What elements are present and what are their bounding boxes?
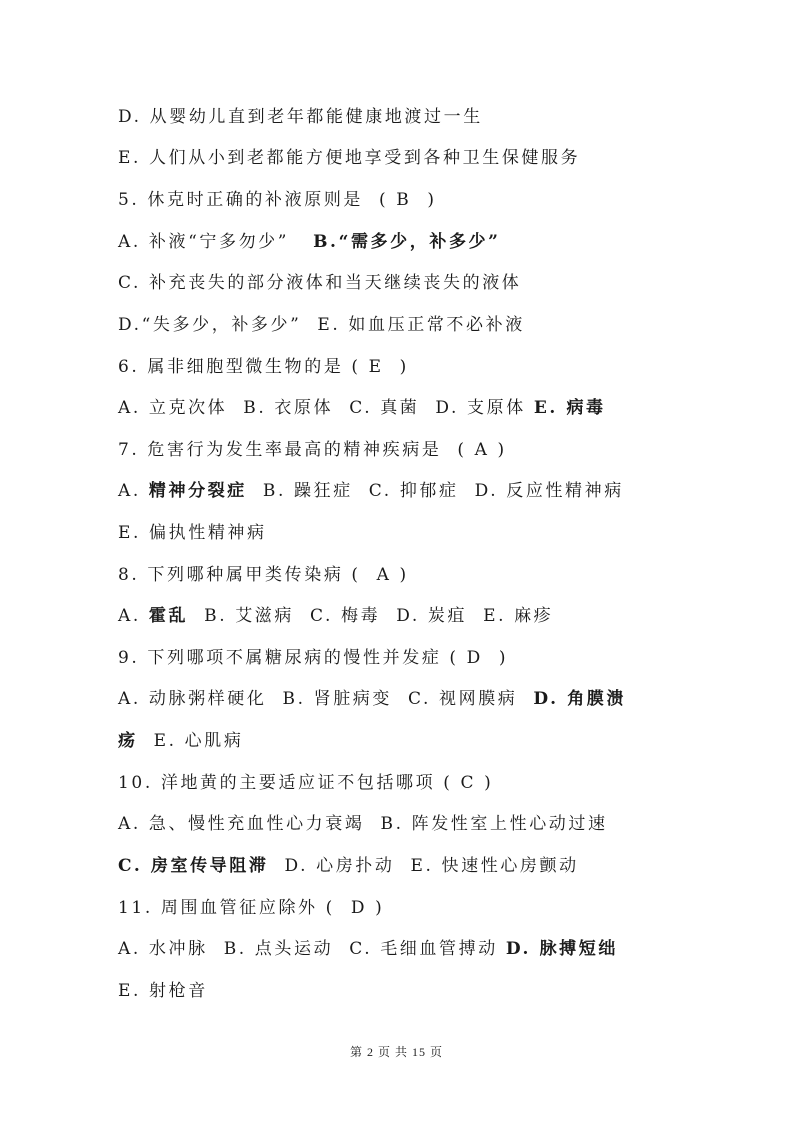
text-segment: A. (118, 606, 149, 626)
text-line: A. 动脉粥样硬化 B. 肾脏病变 C. 视网膜病 D. 角膜溃 (118, 687, 626, 711)
text-line: 8. 下列哪种属甲类传染病 ( A ) (118, 563, 409, 587)
answer-highlight: B.“需多少，补多少” (313, 232, 500, 252)
answer-highlight: 精神分裂症 (149, 481, 247, 501)
text-segment: 7. 危害行为发生率最高的精神疾病是 ( A ) (118, 440, 507, 460)
text-segment: 9. 下列哪项不属糖尿病的慢性并发症 ( D ) (118, 648, 508, 668)
text-line: 6. 属非细胞型微生物的是 ( E ) (118, 355, 409, 379)
text-segment: A. 急、慢性充血性心力衰竭 B. 阵发性室上性心动过速 (118, 814, 608, 834)
text-line: 9. 下列哪项不属糖尿病的慢性并发症 ( D ) (118, 646, 508, 670)
answer-highlight: E. 病毒 (534, 398, 606, 418)
text-line: A. 霍乱 B. 艾滋病 C. 梅毒 D. 炭疽 E. 麻疹 (118, 604, 553, 628)
text-segment: E. 射枪音 (118, 981, 208, 1001)
text-line: 疡 E. 心肌病 (118, 729, 243, 753)
answer-highlight: C. 房室传导阻滞 (118, 856, 268, 876)
text-line: E. 射枪音 (118, 979, 208, 1003)
text-line: A. 立克次体 B. 衣原体 C. 真菌 D. 支原体 E. 病毒 (118, 396, 606, 420)
page-footer: 第 2 页 共 15 页 (0, 1043, 793, 1060)
text-line: A. 精神分裂症 B. 躁狂症 C. 抑郁症 D. 反应性精神病 (118, 479, 624, 503)
answer-highlight: 霍乱 (149, 606, 188, 626)
text-line: E. 偏执性精神病 (118, 521, 267, 545)
text-segment: A. 水冲脉 B. 点头运动 C. 毛细血管搏动 (118, 939, 506, 959)
text-segment: E. 心肌病 (138, 731, 244, 751)
answer-highlight: D. 脉搏短绌 (506, 939, 618, 959)
text-line: A. 急、慢性充血性心力衰竭 B. 阵发性室上性心动过速 (118, 812, 608, 836)
text-line: A. 水冲脉 B. 点头运动 C. 毛细血管搏动 D. 脉搏短绌 (118, 937, 618, 961)
text-segment: 5. 休克时正确的补液原则是 ( B ) (118, 190, 437, 210)
text-line: 11. 周围血管征应除外 ( D ) (118, 896, 384, 920)
text-segment: 8. 下列哪种属甲类传染病 ( A ) (118, 565, 409, 585)
text-line: D. 从婴幼儿直到老年都能健康地渡过一生 (118, 105, 483, 129)
text-segment: E. 人们从小到老都能方便地享受到各种卫生保健服务 (118, 148, 580, 168)
text-line: 7. 危害行为发生率最高的精神疾病是 ( A ) (118, 438, 507, 462)
answer-highlight: 疡 (118, 731, 138, 751)
text-segment: B. 躁狂症 C. 抑郁症 D. 反应性精神病 (247, 481, 624, 501)
text-segment: D. 心房扑动 E. 快速性心房颤动 (268, 856, 578, 876)
text-segment: 6. 属非细胞型微生物的是 ( E ) (118, 357, 409, 377)
answer-highlight: D. 角膜溃 (533, 689, 626, 709)
text-line: A. 补液“宁多勿少” B.“需多少，补多少” (118, 230, 501, 254)
text-line: E. 人们从小到老都能方便地享受到各种卫生保健服务 (118, 146, 580, 170)
text-segment: D.“失多少，补多少” E. 如血压正常不必补液 (118, 315, 525, 335)
text-segment: A. 动脉粥样硬化 B. 肾脏病变 C. 视网膜病 (118, 689, 533, 709)
text-segment: A. 补液“宁多勿少” (118, 232, 313, 252)
text-segment: B. 艾滋病 C. 梅毒 D. 炭疽 E. 麻疹 (188, 606, 553, 626)
text-segment: E. 偏执性精神病 (118, 523, 267, 543)
text-line: D.“失多少，补多少” E. 如血压正常不必补液 (118, 313, 525, 337)
text-line: 10. 洋地黄的主要适应证不包括哪项 ( C ) (118, 771, 493, 795)
text-line: C. 补充丧失的部分液体和当天继续丧失的液体 (118, 271, 521, 295)
text-segment: 10. 洋地黄的主要适应证不包括哪项 ( C ) (118, 773, 493, 793)
text-line: 5. 休克时正确的补液原则是 ( B ) (118, 188, 437, 212)
text-segment: A. 立克次体 B. 衣原体 C. 真菌 D. 支原体 (118, 398, 534, 418)
text-line: C. 房室传导阻滞 D. 心房扑动 E. 快速性心房颤动 (118, 854, 579, 878)
text-segment: D. 从婴幼儿直到老年都能健康地渡过一生 (118, 107, 483, 127)
document-page: D. 从婴幼儿直到老年都能健康地渡过一生E. 人们从小到老都能方便地享受到各种卫… (0, 0, 793, 1122)
text-segment: 11. 周围血管征应除外 ( D ) (118, 898, 384, 918)
text-segment: C. 补充丧失的部分液体和当天继续丧失的液体 (118, 273, 521, 293)
text-segment: A. (118, 481, 149, 501)
